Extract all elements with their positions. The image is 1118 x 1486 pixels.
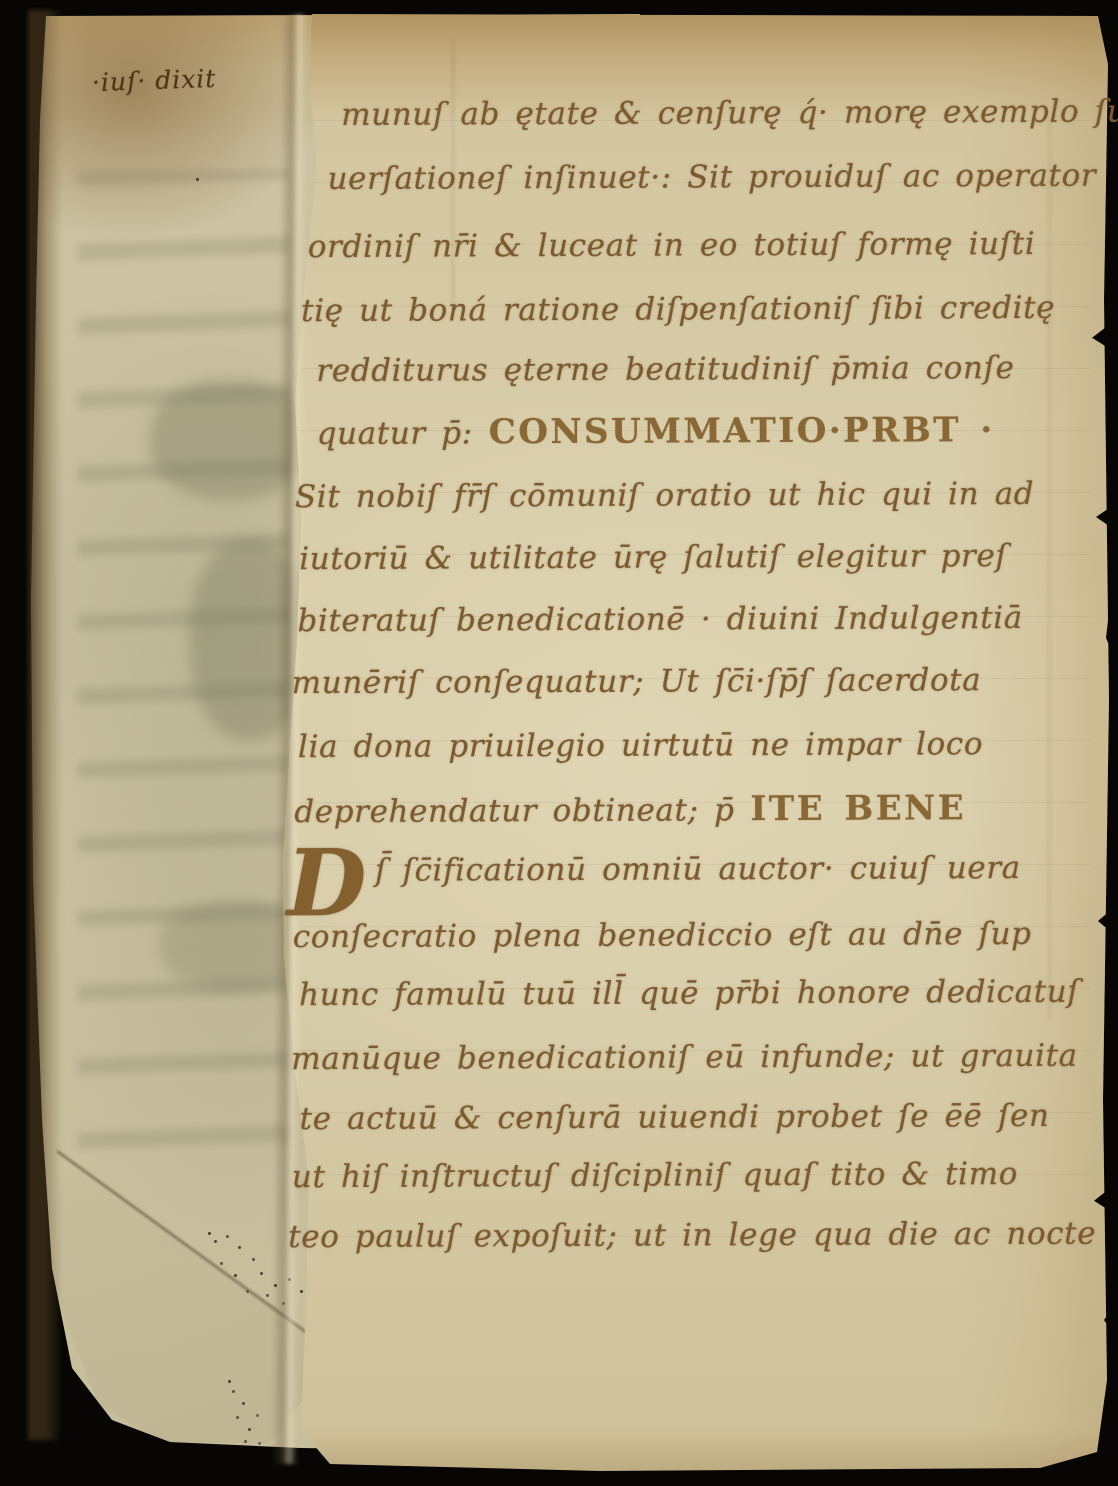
manuscript-line: uerſationeſ inſinuet·: Sit prouiduſ ac o… bbox=[327, 158, 1096, 197]
body-text: uerſationeſ inſinuet·: Sit prouiduſ ac o… bbox=[327, 158, 1096, 197]
body-text: tię ut boná ratione diſpenſationiſ ſibi … bbox=[301, 290, 1055, 329]
body-text: quatur p̄: bbox=[317, 415, 473, 452]
body-text: Sit nobiſ fr̄ſ cōmuniſ oratio ut hic qui… bbox=[295, 476, 1034, 515]
body-text: munēriſ conſequatur; Ut ſc̄i·ſp̄ſ ſacerd… bbox=[292, 662, 982, 701]
manuscript-line: tię ut boná ratione diſpenſationiſ ſibi … bbox=[301, 290, 1055, 329]
manuscript-line: hunc famulū tuū ill̄ quē pr̄bi honore de… bbox=[299, 974, 1079, 1013]
body-text: munuſ ab ętate & cenſurę q́· morę exempl… bbox=[341, 93, 1118, 133]
body-text: ſ̄ ſc̄ificationū omniū auctor· cuiuſ uer… bbox=[375, 850, 1021, 889]
manuscript-line: munēriſ conſequatur; Ut ſc̄i·ſp̄ſ ſacerd… bbox=[292, 662, 982, 701]
manuscript-line: redditurus ęterne beatitudiniſ p̄mia con… bbox=[316, 350, 1014, 389]
manuscript-line: lia dona priuilegio uirtutū ne impar loc… bbox=[298, 726, 983, 765]
body-text: hunc famulū tuū ill̄ quē pr̄bi honore de… bbox=[299, 974, 1079, 1013]
body-text: deprehendatur obtineat; p̄ bbox=[294, 792, 734, 830]
body-text: lia dona priuilegio uirtutū ne impar loc… bbox=[298, 726, 983, 765]
manuscript-line: quatur p̄:CONSUMMATIO·PRBT · bbox=[317, 410, 995, 453]
body-text: redditurus ęterne beatitudiniſ p̄mia con… bbox=[316, 350, 1014, 389]
manuscript-line: munuſ ab ętate & cenſurę q́· morę exempl… bbox=[341, 93, 1118, 133]
body-text: iutoriū & utilitate ūrę ſalutiſ elegitur… bbox=[299, 538, 1007, 577]
manuscript-line: biteratuſ benedicationē · diuini Indulge… bbox=[297, 600, 1022, 639]
body-text: te actuū & cenſurā uiuendi probet ſe ēē … bbox=[300, 1098, 1050, 1137]
rubric-text: CONSUMMATIO·PRBT · bbox=[489, 410, 995, 452]
body-text: manūque benedicationiſ eū infunde; ut gr… bbox=[291, 1038, 1077, 1077]
initial-letter: D bbox=[287, 873, 367, 893]
manuscript-line: conſecratio plena benediccio eſt au dn̄e… bbox=[293, 916, 1032, 955]
body-text: teo pauluſ expoſuit; ut in lege qua die … bbox=[288, 1216, 1096, 1256]
manuscript-line: ordiniſ nr̄i & luceat in eo totiuſ formę… bbox=[308, 226, 1036, 265]
manuscript-line: manūque benedicationiſ eū infunde; ut gr… bbox=[291, 1038, 1077, 1077]
manuscript-line: teo pauluſ expoſuit; ut in lege qua die … bbox=[288, 1216, 1096, 1256]
body-text: ut hiſ inſtructuſ diſcipliniſ quaſ tito … bbox=[292, 1156, 1018, 1195]
manuscript-line: ut hiſ inſtructuſ diſcipliniſ quaſ tito … bbox=[292, 1156, 1018, 1195]
manuscript-line: Dſ̄ ſc̄ificationū omniū auctor· cuiuſ ue… bbox=[286, 850, 1020, 893]
text-block: munuſ ab ętate & cenſurę q́· morę exempl… bbox=[0, 0, 1118, 1486]
manuscript-line: te actuū & cenſurā uiuendi probet ſe ēē … bbox=[300, 1098, 1050, 1137]
body-text: biteratuſ benedicationē · diuini Indulge… bbox=[297, 600, 1022, 639]
manuscript-photo: ·iuſ· dixit munuſ ab ętate & cenſurę q́·… bbox=[0, 0, 1118, 1486]
body-text: conſecratio plena benediccio eſt au dn̄e… bbox=[293, 916, 1032, 955]
manuscript-line: deprehendatur obtineat; p̄ITE BENE bbox=[294, 788, 966, 831]
manuscript-line: Sit nobiſ fr̄ſ cōmuniſ oratio ut hic qui… bbox=[295, 476, 1034, 515]
body-text: ordiniſ nr̄i & luceat in eo totiuſ formę… bbox=[308, 226, 1036, 265]
manuscript-line: iutoriū & utilitate ūrę ſalutiſ elegitur… bbox=[299, 538, 1007, 577]
rubric-text: ITE BENE bbox=[750, 788, 966, 829]
